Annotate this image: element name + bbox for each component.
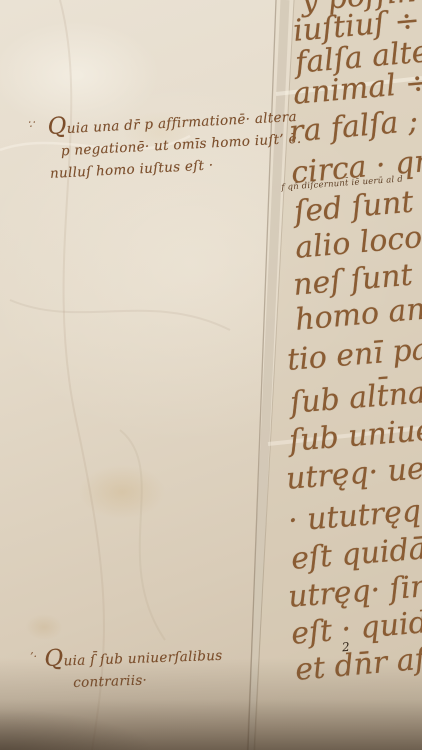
marginal-note-1: Quia una dr̄ p affirmationē· altera p ne… (47, 103, 303, 185)
marginal-note-2: Quia ſ̄ ſub uniuerſalibus contrariis· (44, 642, 224, 695)
note-paragraph-mark: ’· (30, 650, 37, 663)
note-paragraph-mark: ∵ (27, 118, 34, 131)
manuscript-photo: ∵ Quia una dr̄ p affirmationē· altera p … (0, 0, 422, 750)
